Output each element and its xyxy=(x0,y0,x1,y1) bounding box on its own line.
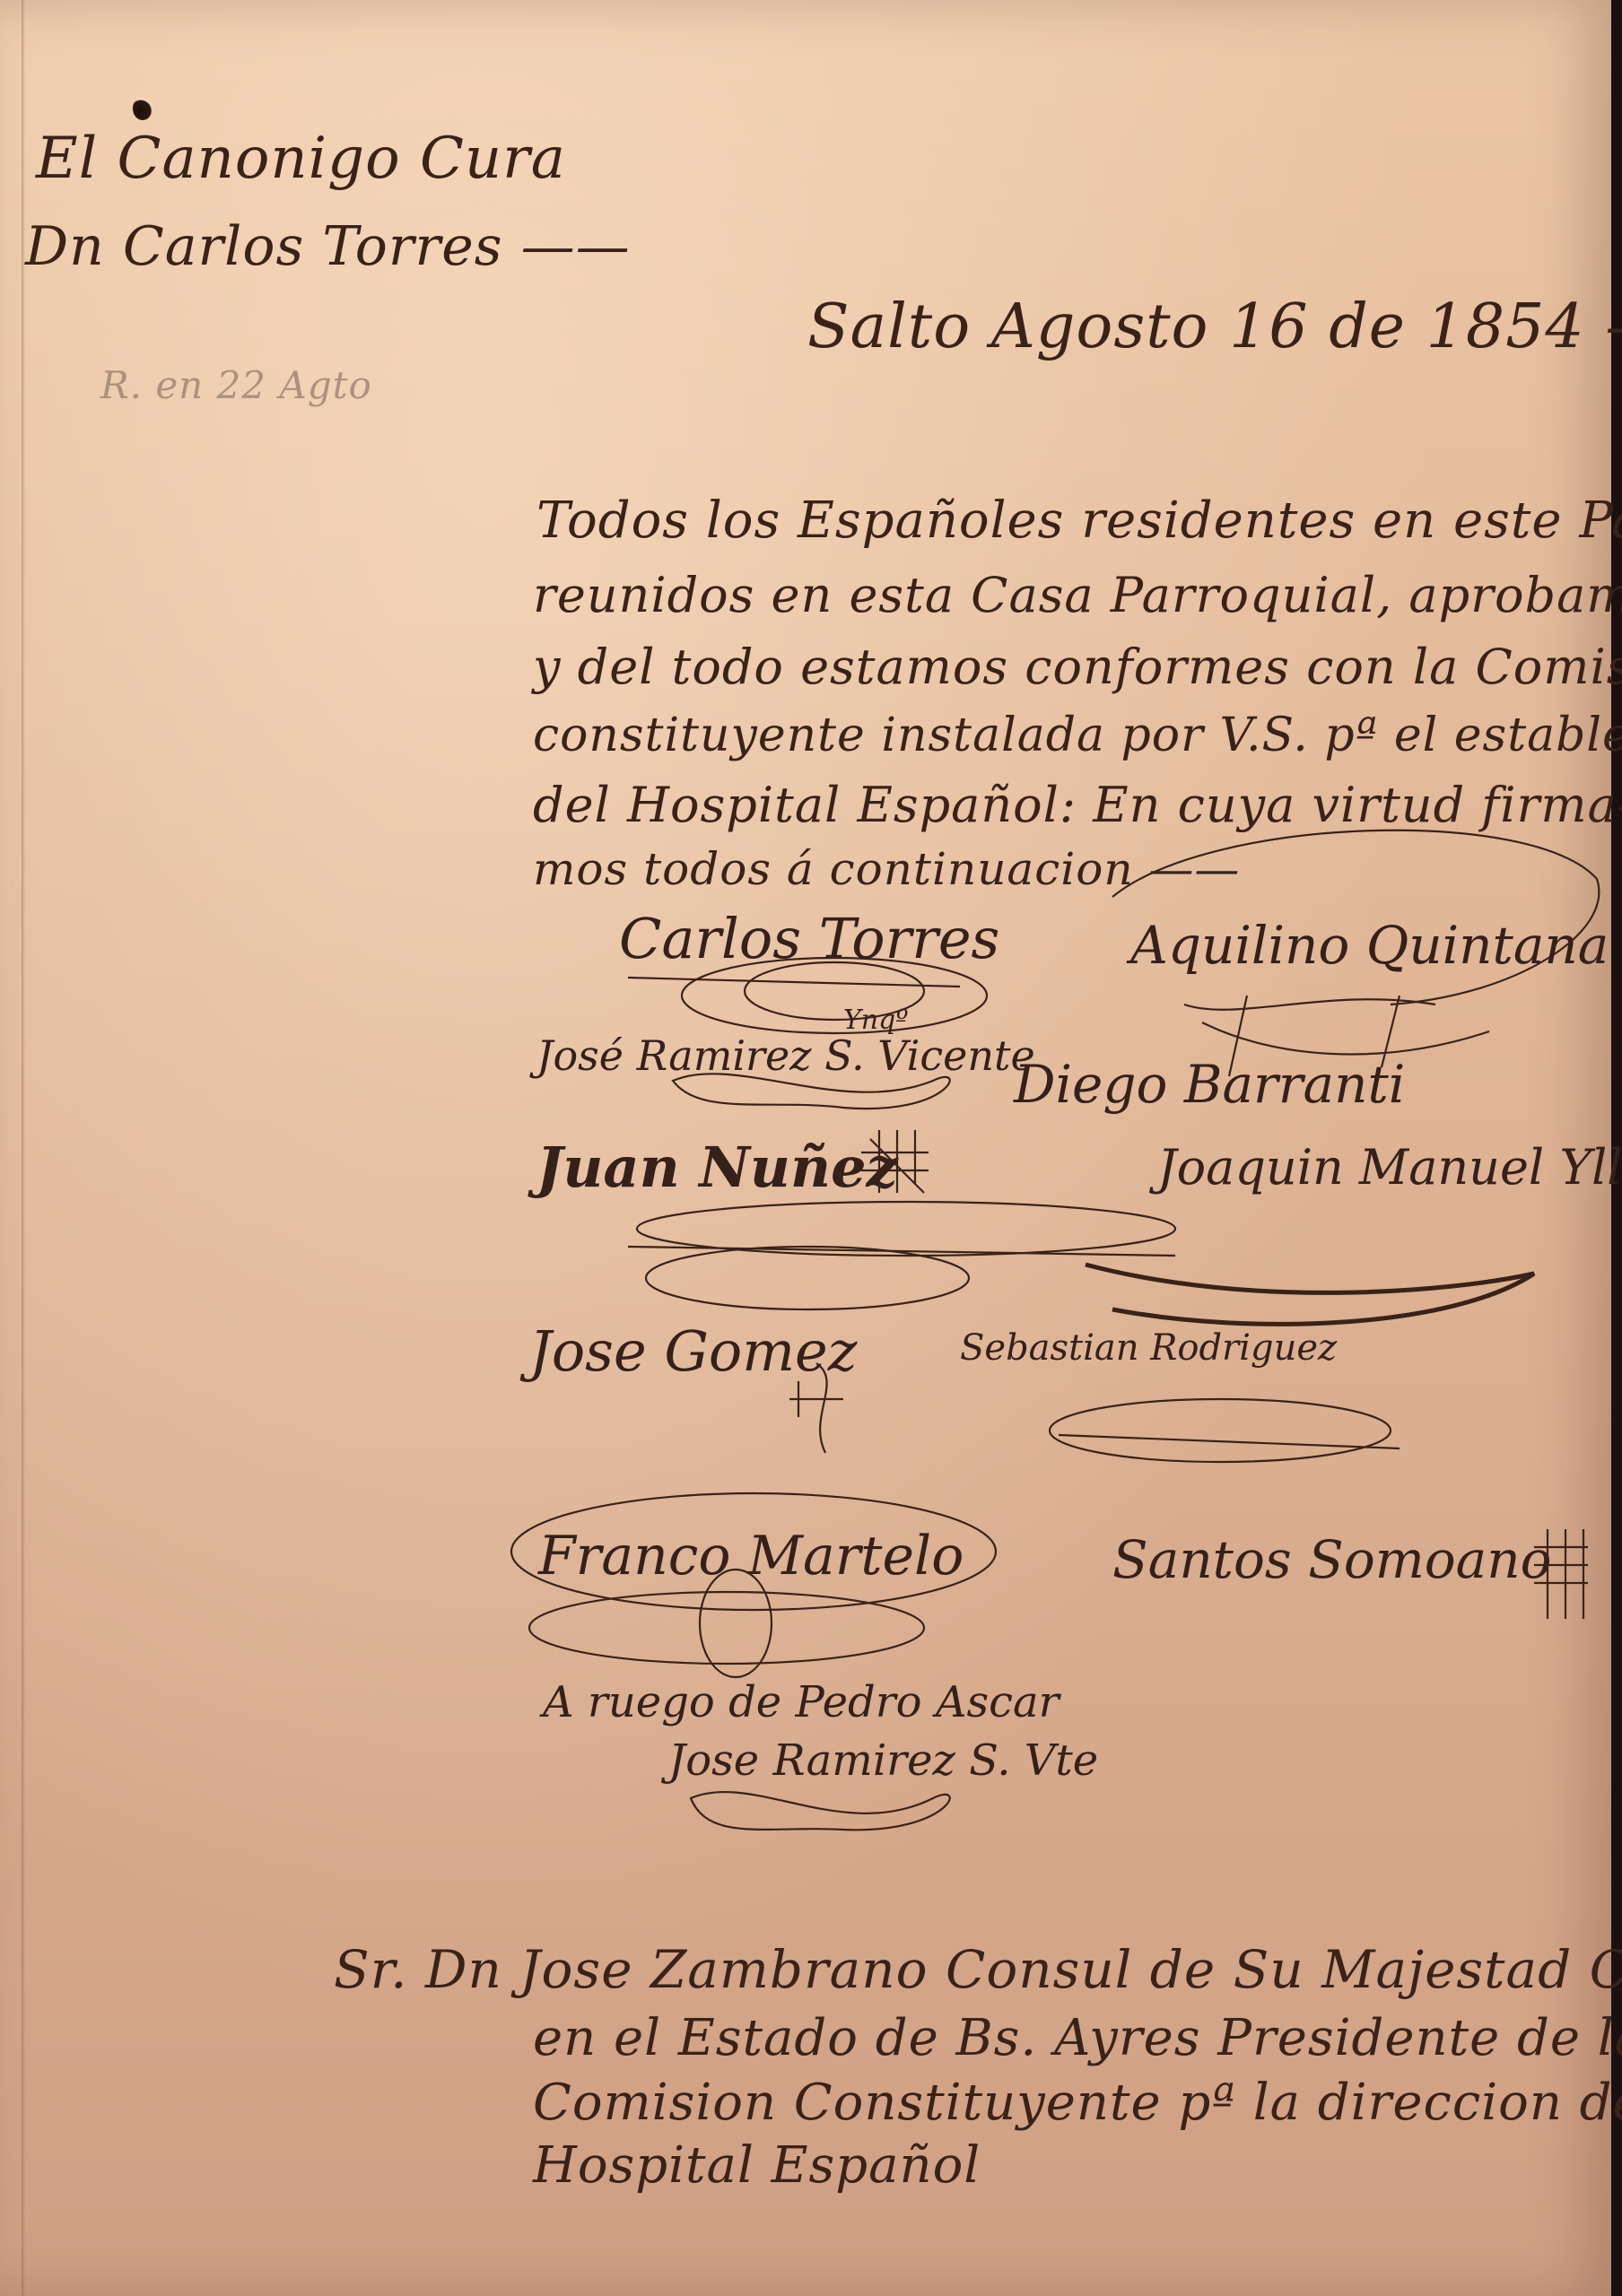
letter-page: El Canonigo Cura Dn Carlos Torres —— R. … xyxy=(0,0,1611,2296)
page-fold-line xyxy=(22,0,25,2296)
signature-diego-barranti: Diego Barranti xyxy=(1014,1054,1405,1115)
dateline: Salto Agosto 16 de 1854 – xyxy=(807,291,1622,362)
signature-flourish xyxy=(682,1780,969,1852)
footer-line: Comision Constituyente pª la direccion d… xyxy=(533,2074,1622,2132)
pencil-annotation: R. en 22 Agto xyxy=(100,363,372,407)
signature-mark-cross xyxy=(789,1363,861,1462)
footer-line: en el Estado de Bs. Ayres Presidente de … xyxy=(533,2009,1622,2067)
signature-aquilino-quintana: Aquilino Quintana xyxy=(1130,915,1609,976)
footer-line: Sr. Dn Jose Zambrano Consul de Su Majest… xyxy=(334,1939,1622,2000)
addressee-line-1: El Canonigo Cura xyxy=(36,126,566,192)
body-line: reunidos en esta Casa Parroquial, aproba… xyxy=(533,567,1622,623)
body-line: constituyente instalada por V.S. pª el e… xyxy=(533,709,1622,762)
body-line: Todos los Españoles residentes en este P… xyxy=(536,491,1622,550)
punch-hole xyxy=(133,97,153,120)
signature-jose-ramirez-svte: Jose Ramirez S. Vte xyxy=(668,1735,1098,1786)
body-line: y del todo estamos conformes con la Comi… xyxy=(533,639,1622,695)
signature-sebastian-rodriguez: Sebastian Rodriguez xyxy=(960,1327,1337,1369)
footer-line: Hospital Español xyxy=(533,2136,981,2195)
signature-flourish xyxy=(1041,1395,1417,1475)
signature-joaquin-manuel-ylla: Joaquin Manuel Ylla xyxy=(1157,1139,1622,1196)
addressee-line-2: Dn Carlos Torres —— xyxy=(25,215,631,278)
signature-note: Ynqº xyxy=(843,1004,908,1036)
signature-santos-somoano: Santos Somoano xyxy=(1112,1529,1552,1590)
signature-flourish xyxy=(664,1063,987,1126)
signature-a-ruego-pedro-ascar: A ruego de Pedro Ascar xyxy=(543,1677,1060,1727)
signature-flourish xyxy=(502,1489,1005,1686)
signature-juan-nunez: Juan Nuñez xyxy=(536,1135,898,1200)
signature-mark-cross xyxy=(861,1130,933,1202)
signature-mark-cross xyxy=(1534,1529,1597,1628)
